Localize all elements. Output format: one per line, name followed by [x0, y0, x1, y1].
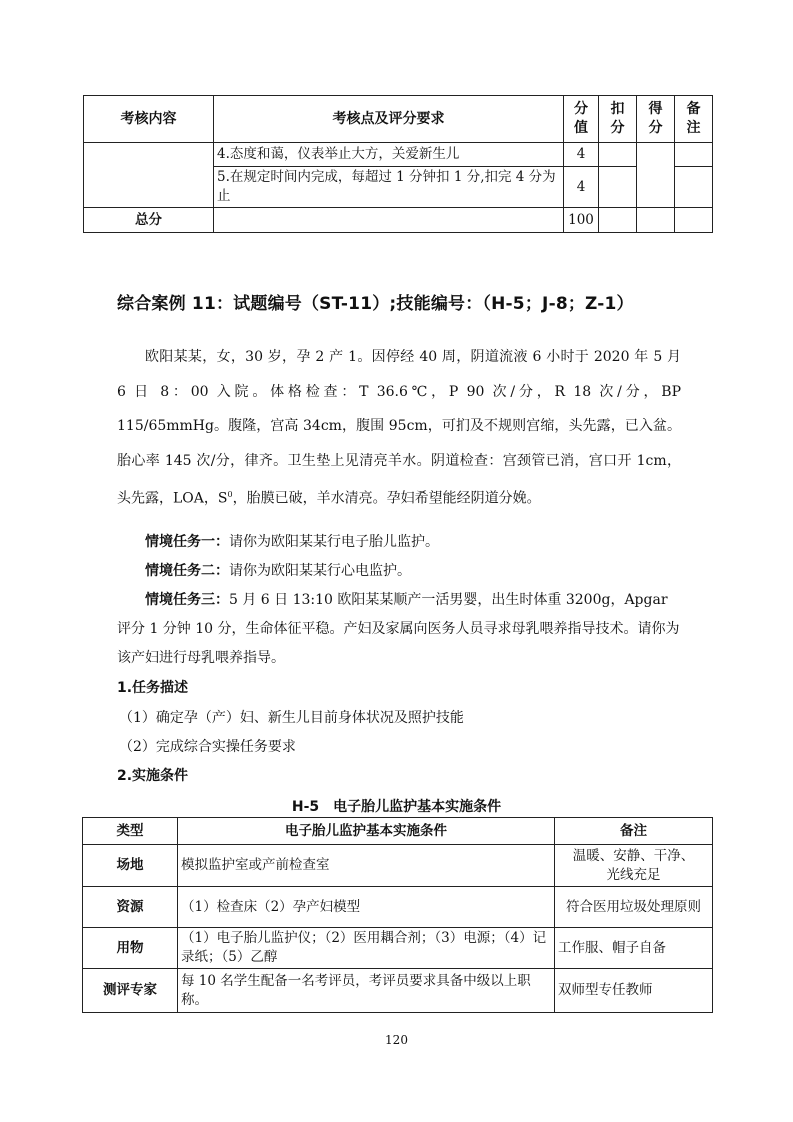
- table-row: 4.态度和蔼，仪表举止大方，关爱新生儿 4: [84, 143, 713, 167]
- conditions-table-header: 类型 电子胎儿监护基本实施条件 备注: [83, 818, 713, 845]
- condition-cell: 每 10 名学生配备一名考评员，考评员要求具备中级以上职称。: [178, 969, 555, 1013]
- remark-cell: 温暖、安静、干净、光线充足: [555, 845, 713, 887]
- list-item: （1）确定孕（产）妇、新生儿目前身体状况及照护技能: [119, 704, 464, 733]
- score-table-header: 考核内容 考核点及评分要求 分 值 扣 分 得 分 备 注: [84, 96, 713, 143]
- task-text: 请你为欧阳某某行电子胎儿监护。: [229, 534, 439, 550]
- table-row: 场地 模拟监护室或产前检查室 温暖、安静、干净、光线充足: [83, 845, 713, 887]
- remark-cell: 双师型专任教师: [555, 969, 713, 1013]
- header-deduct: 扣 分: [599, 96, 637, 143]
- table-row: 测评专家 每 10 名学生配备一名考评员，考评员要求具备中级以上职称。 双师型专…: [83, 969, 713, 1013]
- header-remark: 备注: [555, 818, 713, 845]
- score-cell: [637, 143, 675, 208]
- remark-cell: [675, 143, 713, 167]
- header-score: 得 分: [637, 96, 675, 143]
- case-description: 欧阳某某，女，30 岁，孕 2 产 1。因停经 40 周，阴道流液 6 小时于 …: [117, 340, 681, 516]
- header-type: 类型: [83, 818, 178, 845]
- task-label: 情境任务一：: [145, 534, 229, 550]
- type-cell: 测评专家: [83, 969, 178, 1013]
- conditions-table: 类型 电子胎儿监护基本实施条件 备注 场地 模拟监护室或产前检查室 温暖、安静、…: [82, 817, 713, 1013]
- header-condition: 电子胎儿监护基本实施条件: [178, 818, 555, 845]
- total-remark-cell: [675, 208, 713, 233]
- section-heading-conditions: 2.实施条件: [117, 762, 188, 791]
- criteria-cell: 5.在规定时间内完成，每超过 1 分钟扣 1 分,扣完 4 分为止: [214, 167, 564, 208]
- score-table: 考核内容 考核点及评分要求 分 值 扣 分 得 分 备 注 4.态度和蔼，仪表举…: [83, 95, 713, 233]
- total-points: 100: [564, 208, 599, 233]
- condition-cell: （1）电子胎儿监护仪；（2）医用耦合剂；（3）电源；（4）记录纸；（5）乙醇: [178, 928, 555, 969]
- points-cell: 4: [564, 143, 599, 167]
- total-deduct-cell: [599, 208, 637, 233]
- header-remark: 备 注: [675, 96, 713, 143]
- type-cell: 场地: [83, 845, 178, 887]
- table-caption: H-5 电子胎儿监护基本实施条件: [0, 796, 793, 816]
- task-text: 请你为欧阳某某行心电监护。: [229, 563, 411, 579]
- remark-cell: 符合医用垃圾处理原则: [555, 887, 713, 928]
- task-item: 情境任务二：请你为欧阳某某行心电监护。: [117, 557, 681, 586]
- condition-cell: 模拟监护室或产前检查室: [178, 845, 555, 887]
- total-row: 总分 100: [84, 208, 713, 233]
- type-cell: 资源: [83, 887, 178, 928]
- case-title: 综合案例 11：试题编号（ST-11）;技能编号：（H-5；J-8；Z-1）: [117, 289, 634, 314]
- content-cell: [84, 143, 214, 208]
- remark-cell: 工作服、帽子自备: [555, 928, 713, 969]
- deduct-cell: [599, 167, 637, 208]
- points-cell: 4: [564, 167, 599, 208]
- criteria-cell: 4.态度和蔼，仪表举止大方，关爱新生儿: [214, 143, 564, 167]
- task-item: 情境任务三：5 月 6 日 13:10 欧阳某某顺产一活男婴，出生时体重 320…: [117, 586, 681, 673]
- table-row: 资源 （1）检查床（2）孕产妇模型 符合医用垃圾处理原则: [83, 887, 713, 928]
- remark-cell: [675, 167, 713, 208]
- page-number: 120: [0, 1033, 793, 1047]
- total-criteria-cell: [214, 208, 564, 233]
- header-criteria: 考核点及评分要求: [214, 96, 564, 143]
- task-label: 情境任务三：: [145, 592, 229, 608]
- total-label: 总分: [84, 208, 214, 233]
- header-points: 分 值: [564, 96, 599, 143]
- task-label: 情境任务二：: [145, 563, 229, 579]
- scenario-tasks: 情境任务一：请你为欧阳某某行电子胎儿监护。 情境任务二：请你为欧阳某某行心电监护…: [117, 528, 681, 673]
- description-text: 欧阳某某，女，30 岁，孕 2 产 1。因停经 40 周，阴道流液 6 小时于 …: [117, 349, 681, 507]
- total-score-cell: [637, 208, 675, 233]
- section-heading-task-description: 1.任务描述: [117, 674, 188, 703]
- condition-cell: （1）检查床（2）孕产妇模型: [178, 887, 555, 928]
- header-content: 考核内容: [84, 96, 214, 143]
- table-row: 用物 （1）电子胎儿监护仪；（2）医用耦合剂；（3）电源；（4）记录纸；（5）乙…: [83, 928, 713, 969]
- deduct-cell: [599, 143, 637, 167]
- task-item: 情境任务一：请你为欧阳某某行电子胎儿监护。: [117, 528, 681, 557]
- description-text-end: ，胎膜已破，羊水清亮。孕妇希望能经阴道分娩。: [233, 491, 541, 507]
- list-item: （2）完成综合实操任务要求: [119, 733, 296, 762]
- type-cell: 用物: [83, 928, 178, 969]
